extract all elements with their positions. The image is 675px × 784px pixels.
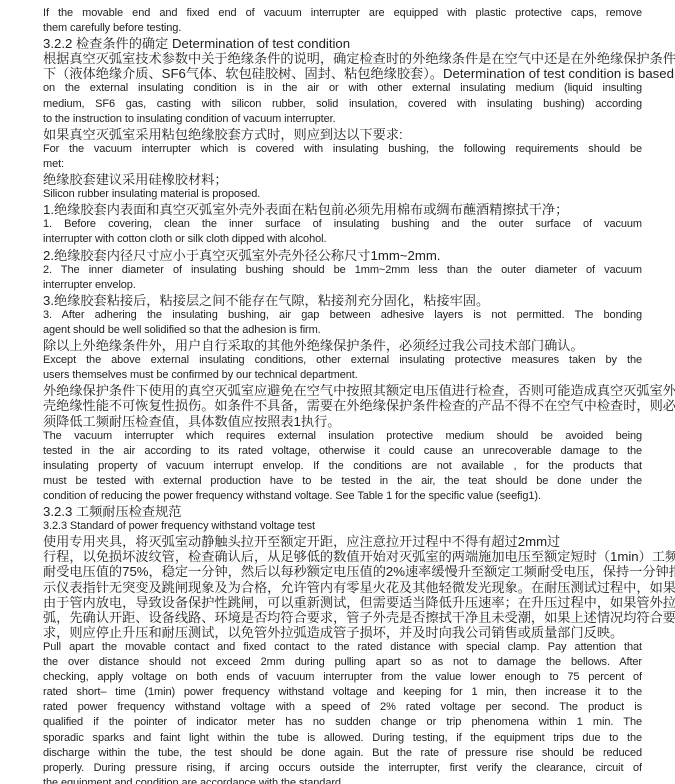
- text-line: 弧，先确认开距、设备线路、环境是否均符合要求，管子外壳是否擦拭干净且未受潮，如果…: [43, 610, 642, 625]
- text-line: 使用专用夹具，将灭弧室动静触头拉开至额定开距，应注意拉开过程中不得有超过2mm过: [43, 534, 642, 549]
- text-line: 行程，以免损坏波纹管，检查确认后，从足够低的数值开始对灭弧室的两端施加电压至额定…: [43, 549, 642, 564]
- text-line: interrupter envelop.: [43, 278, 642, 293]
- text-line: 3. After adhering the insulating bushing…: [43, 308, 642, 323]
- text-line: 根据真空灭弧室技术参数中关于绝缘条件的说明，确定检查时的外绝缘条件是在空气中还是…: [43, 51, 642, 66]
- text-line: to the instruction to insulating conditi…: [43, 112, 642, 127]
- section-heading: 3.2.2 检查条件的确定 Determination of test cond…: [43, 36, 642, 51]
- text-line: checking, apply voltage on both ends of …: [43, 670, 642, 685]
- document-page: If the movable end and fixed end of vacu…: [0, 0, 675, 784]
- text-line: Pull apart the movable contact and fixed…: [43, 640, 642, 655]
- text-line: 由于管内放电，导致设备保护性跳闸，可以重新测试，但需要适当降低升压速率；在升压过…: [43, 595, 642, 610]
- text-line: 除以上外绝缘条件外，用户自行采取的其他外绝缘保护条件，必须经过我公司技术部门确认…: [43, 338, 642, 353]
- text-line: 须降低工频耐压检查值，具体数值应按照表1执行。: [43, 414, 642, 429]
- text-line: medium, SF6 gas, casting with silicon ru…: [43, 97, 642, 112]
- text-line: 3.绝缘胶套粘接后，粘接层之间不能存在气隙，粘接剂充分固化，粘接牢固。: [43, 293, 642, 308]
- text-line: tested in the air according to its rated…: [43, 444, 642, 459]
- text-line: If the movable end and fixed end of vacu…: [43, 6, 642, 21]
- text-line: 1. Before covering, clean the inner surf…: [43, 217, 642, 232]
- text-line: 耐受电压值的75%，稳定一分钟，然后以每秒额定电压值的2%速率缓慢升至额定工频耐…: [43, 564, 642, 579]
- section-heading: 3.2.3 Standard of power frequency withst…: [43, 519, 642, 534]
- text-line: 绝缘胶套建议采用硅橡胶材料；: [43, 172, 642, 187]
- text-line: the equipment and condition are accordan…: [43, 776, 642, 784]
- text-line: 外绝缘保护条件下使用的真空灭弧室应避免在空气中按照其额定电压值进行检查，否则可能…: [43, 383, 642, 398]
- text-line: the over distance should not exceed 2mm …: [43, 655, 642, 670]
- text-line: insulating property of vacuum interrupt …: [43, 459, 642, 474]
- text-line: qualified if the pointer of indicator me…: [43, 715, 642, 730]
- text-line: on the external insulating condition is …: [43, 81, 642, 96]
- text-line: 求，则应停止升压和耐压测试，以免管外拉弧造成管子损坏，并及时向我公司销售或质量部…: [43, 625, 642, 640]
- text-line: discharge within the tube, the test shou…: [43, 746, 642, 761]
- text-line: agent should be well solidified so that …: [43, 323, 642, 338]
- document-text-body: If the movable end and fixed end of vacu…: [43, 6, 642, 784]
- text-line: properly. During pressure rising, if arc…: [43, 761, 642, 776]
- text-line: The vacuum interrupter which requires ex…: [43, 429, 642, 444]
- text-line: met:: [43, 157, 642, 172]
- text-line: rated power frequency withstand voltage …: [43, 700, 642, 715]
- text-line: sporadic sparks and faint light within t…: [43, 731, 642, 746]
- text-line: 下（液体绝缘介质、SF6气体、软包硅胶树、固封、粘包绝缘胶套）。Determin…: [43, 66, 642, 81]
- text-line: 1.绝缘胶套内表面和真空灭弧室外壳外表面在粘包前必须先用棉布或绸布蘸酒精擦拭干净…: [43, 202, 642, 217]
- text-line: 壳绝缘性能不可恢复性损伤。如条件不具备，需要在外绝缘保护条件检查的产品不得不在空…: [43, 398, 642, 413]
- text-line: condition of reducing the power frequenc…: [43, 489, 642, 504]
- text-line: Except the above external insulating con…: [43, 353, 642, 368]
- text-line: 如果真空灭弧室采用粘包绝缘胶套方式时，则应到达以下要求:: [43, 127, 642, 142]
- text-line: 2.绝缘胶套内径尺寸应小于真空灭弧室外壳外径公称尺寸1mm~2mm.: [43, 248, 642, 263]
- text-line: must be tested with external production …: [43, 474, 642, 489]
- text-line: For the vacuum interrupter which is cove…: [43, 142, 642, 157]
- text-line: Silicon rubber insulating material is pr…: [43, 187, 642, 202]
- section-heading: 3.2.3 工频耐压检查规范: [43, 504, 642, 519]
- text-line: users themselves must be confirmed by ou…: [43, 368, 642, 383]
- text-line: them carefully before testing.: [43, 21, 642, 36]
- text-line: 2. The inner diameter of insulating bush…: [43, 263, 642, 278]
- text-line: interrupter with cotton cloth or silk cl…: [43, 232, 642, 247]
- text-line: 示仪表指针无突变及跳闸现象及为合格，允许管内有零星火花及其他轻微发光现象。在耐压…: [43, 580, 642, 595]
- text-line: rated short– time (1min) power frequency…: [43, 685, 642, 700]
